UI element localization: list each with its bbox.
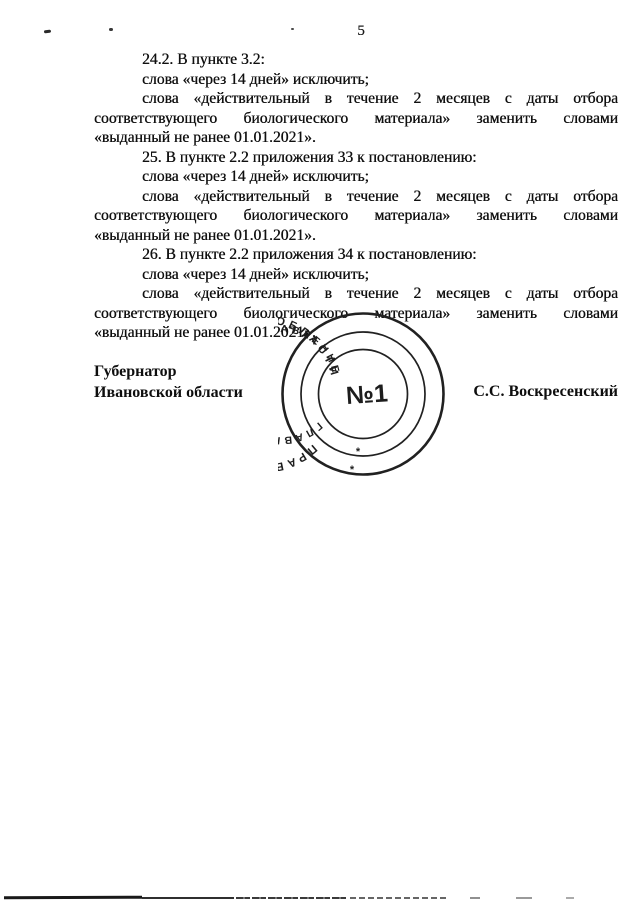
scan-speck xyxy=(291,28,294,30)
text-line: «выданный не ранее 01.01.2021». xyxy=(94,226,618,246)
text-line: 24.2. В пункте 3.2: xyxy=(94,50,618,70)
text-line: слова «через 14 дней» исключить; xyxy=(94,167,618,187)
page-number: 5 xyxy=(350,23,372,40)
scan-speck xyxy=(109,28,113,31)
stamp-star-inner: * xyxy=(356,446,361,458)
document-body: 24.2. В пункте 3.2: слова «через 14 дней… xyxy=(94,50,618,343)
signatory-title-line: Ивановской области xyxy=(94,382,243,403)
text-line: 26. В пункте 2.2 приложения 34 к постано… xyxy=(94,245,618,265)
scan-line-segment xyxy=(142,897,234,899)
scan-line-segment xyxy=(470,897,480,899)
scan-line-segment xyxy=(236,897,346,899)
stamp-inner-ring-text: ГЛАВНОЕ ПРАВОВОЕ УПРАВЛЕНИЕ xyxy=(278,323,342,446)
text-line: 25. В пункте 2.2 приложения 33 к постано… xyxy=(94,148,618,168)
text-line: слова «действительный в течение 2 месяце… xyxy=(94,89,618,109)
scan-line-segment xyxy=(350,897,446,899)
text-line: слова «через 14 дней» исключить; xyxy=(94,265,618,285)
stamp-number: №1 xyxy=(345,379,389,410)
text-line: слова «действительный в течение 2 месяце… xyxy=(94,187,618,207)
signatory-title: Губернатор Ивановской области xyxy=(94,361,243,403)
text-line: соответствующего биологического материал… xyxy=(94,109,618,129)
scan-speck xyxy=(44,30,51,34)
scan-line-segment xyxy=(4,896,142,899)
signatory-title-line: Губернатор xyxy=(94,361,243,382)
stamp-star-outer: * xyxy=(350,464,355,476)
scan-line-segment xyxy=(566,897,574,899)
text-line: соответствующего биологического материал… xyxy=(94,206,618,226)
text-line: слова «через 14 дней» исключить; xyxy=(94,70,618,90)
signatory-name: С.С. Воскресенский xyxy=(473,383,618,401)
official-round-stamp: ПРАВИТЕЛЬСТВО ИВАНОВСКОЙ ОБЛАСТИ ГЛАВНОЕ… xyxy=(278,309,448,479)
text-line: слова «действительный в течение 2 месяце… xyxy=(94,284,618,304)
text-line: «выданный не ранее 01.01.2021». xyxy=(94,128,618,148)
scan-line-segment xyxy=(516,897,532,899)
scanned-document-page: 5 24.2. В пункте 3.2: слова «через 14 дн… xyxy=(0,0,640,905)
